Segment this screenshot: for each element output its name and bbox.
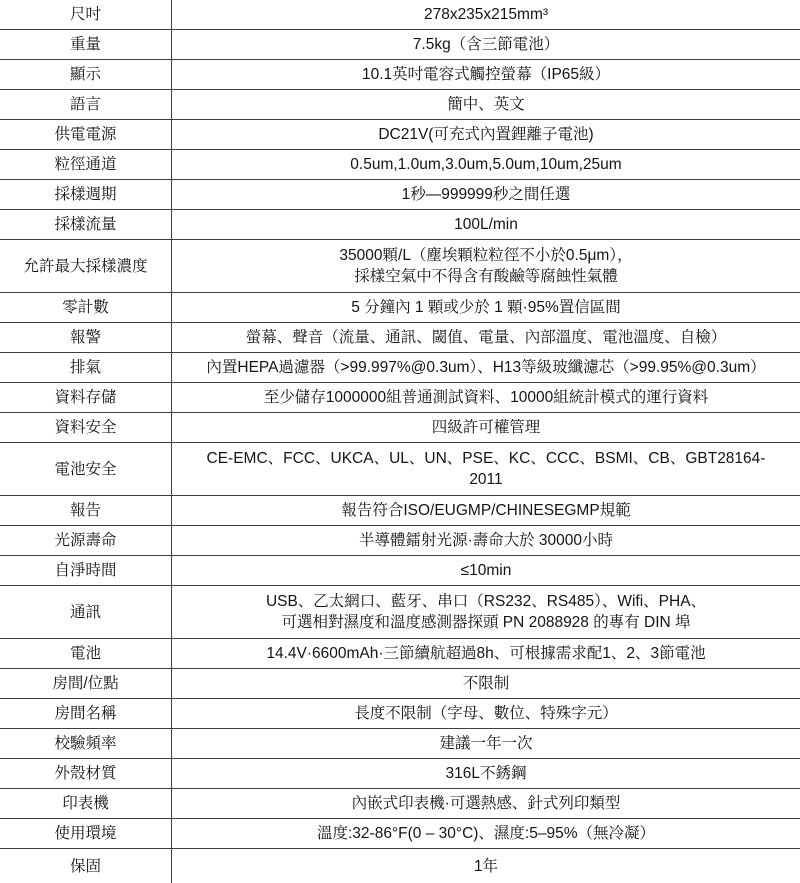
- spec-label: 電池安全: [0, 443, 172, 495]
- table-row: 允許最大採樣濃度35000顆/L（塵埃顆粒粒徑不小於0.5μm）， 採樣空氣中不…: [0, 240, 800, 293]
- spec-value: 不限制: [172, 669, 800, 698]
- spec-value: 半導體鐳射光源·壽命大於 30000小時: [172, 526, 800, 555]
- spec-value: 1年: [172, 849, 800, 883]
- table-row: 資料安全四級許可權管理: [0, 413, 800, 443]
- table-row: 資料存儲至少儲存1000000組普通測試資料、10000組統計模式的運行資料: [0, 383, 800, 413]
- table-row: 零計數5 分鐘內 1 顆或少於 1 顆·95%置信區間: [0, 293, 800, 323]
- spec-value: 278x235x215mm³: [172, 0, 800, 29]
- spec-label: 報警: [0, 323, 172, 352]
- spec-label: 供電電源: [0, 120, 172, 149]
- table-row: 通訊USB、乙太網口、藍牙、串口（RS232、RS485）、Wifi、PHA、 …: [0, 586, 800, 639]
- spec-label: 電池: [0, 639, 172, 668]
- spec-label: 房間名稱: [0, 699, 172, 728]
- spec-value: CE-EMC、FCC、UKCA、UL、UN、PSE、KC、CCC、BSMI、CB…: [172, 443, 800, 495]
- spec-label: 印表機: [0, 789, 172, 818]
- spec-label: 校驗頻率: [0, 729, 172, 758]
- table-row: 報告報告符合ISO/EUGMP/CHINESEGMP規範: [0, 496, 800, 526]
- spec-label: 資料安全: [0, 413, 172, 442]
- table-row: 排氣內置HEPA過濾器（>99.997%@0.3um）、H13等級玻纖濾芯（>9…: [0, 353, 800, 383]
- spec-label: 零計數: [0, 293, 172, 322]
- spec-value: 至少儲存1000000組普通測試資料、10000組統計模式的運行資料: [172, 383, 800, 412]
- table-row: 自淨時間≤10min: [0, 556, 800, 586]
- table-row: 使用環境溫度:32-86°F(0 – 30°C)、濕度:5–95%（無冷凝）: [0, 819, 800, 849]
- spec-label: 房間/位點: [0, 669, 172, 698]
- table-row: 報警螢幕、聲音（流量、通訊、閾值、電量、內部溫度、電池溫度、自檢）: [0, 323, 800, 353]
- spec-label: 粒徑通道: [0, 150, 172, 179]
- spec-value: 10.1英吋電容式觸控螢幕（IP65級）: [172, 60, 800, 89]
- spec-value: 內置HEPA過濾器（>99.997%@0.3um）、H13等級玻纖濾芯（>99.…: [172, 353, 800, 382]
- table-row: 印表機內嵌式印表機·可選熱感、針式列印類型: [0, 789, 800, 819]
- table-row: 語言簡中、英文: [0, 90, 800, 120]
- table-row: 供電電源DC21V(可充式內置鋰離子電池): [0, 120, 800, 150]
- spec-label: 顯示: [0, 60, 172, 89]
- spec-value: USB、乙太網口、藍牙、串口（RS232、RS485）、Wifi、PHA、 可選…: [172, 586, 800, 638]
- table-row: 光源壽命半導體鐳射光源·壽命大於 30000小時: [0, 526, 800, 556]
- spec-value: 建議一年一次: [172, 729, 800, 758]
- spec-label: 採樣流量: [0, 210, 172, 239]
- spec-label: 重量: [0, 30, 172, 59]
- spec-label: 採樣週期: [0, 180, 172, 209]
- spec-value: DC21V(可充式內置鋰離子電池): [172, 120, 800, 149]
- table-row: 尺吋278x235x215mm³: [0, 0, 800, 30]
- spec-value: 7.5kg（含三節電池）: [172, 30, 800, 59]
- spec-value: 14.4V·6600mAh·三節續航超過8h、可根據需求配1、2、3節電池: [172, 639, 800, 668]
- spec-label: 通訊: [0, 586, 172, 638]
- spec-value: 螢幕、聲音（流量、通訊、閾值、電量、內部溫度、電池溫度、自檢）: [172, 323, 800, 352]
- spec-value: 316L不銹鋼: [172, 759, 800, 788]
- table-row: 顯示10.1英吋電容式觸控螢幕（IP65級）: [0, 60, 800, 90]
- spec-label: 允許最大採樣濃度: [0, 240, 172, 292]
- spec-label: 語言: [0, 90, 172, 119]
- table-row: 電池14.4V·6600mAh·三節續航超過8h、可根據需求配1、2、3節電池: [0, 639, 800, 669]
- spec-value: 35000顆/L（塵埃顆粒粒徑不小於0.5μm）， 採樣空氣中不得含有酸鹼等腐蝕…: [172, 240, 800, 292]
- spec-value: 報告符合ISO/EUGMP/CHINESEGMP規範: [172, 496, 800, 525]
- spec-value: 溫度:32-86°F(0 – 30°C)、濕度:5–95%（無冷凝）: [172, 819, 800, 848]
- spec-label: 保固: [0, 849, 172, 883]
- product-spec-table: 尺吋278x235x215mm³重量7.5kg（含三節電池）顯示10.1英吋電容…: [0, 0, 800, 883]
- table-row: 保固1年: [0, 849, 800, 883]
- table-row: 採樣流量100L/min: [0, 210, 800, 240]
- table-row: 校驗頻率建議一年一次: [0, 729, 800, 759]
- spec-label: 自淨時間: [0, 556, 172, 585]
- spec-value: 100L/min: [172, 210, 800, 239]
- spec-value: ≤10min: [172, 556, 800, 585]
- spec-value: 四級許可權管理: [172, 413, 800, 442]
- table-row: 外殼材質316L不銹鋼: [0, 759, 800, 789]
- spec-value: 長度不限制（字母、數位、特殊字元）: [172, 699, 800, 728]
- spec-label: 尺吋: [0, 0, 172, 29]
- spec-value: 簡中、英文: [172, 90, 800, 119]
- spec-label: 排氣: [0, 353, 172, 382]
- table-row: 粒徑通道0.5um,1.0um,3.0um,5.0um,10um,25um: [0, 150, 800, 180]
- table-row: 房間名稱長度不限制（字母、數位、特殊字元）: [0, 699, 800, 729]
- spec-label: 使用環境: [0, 819, 172, 848]
- spec-label: 報告: [0, 496, 172, 525]
- table-row: 重量7.5kg（含三節電池）: [0, 30, 800, 60]
- spec-label: 資料存儲: [0, 383, 172, 412]
- spec-label: 光源壽命: [0, 526, 172, 555]
- table-row: 電池安全CE-EMC、FCC、UKCA、UL、UN、PSE、KC、CCC、BSM…: [0, 443, 800, 496]
- spec-label: 外殼材質: [0, 759, 172, 788]
- spec-value: 5 分鐘內 1 顆或少於 1 顆·95%置信區間: [172, 293, 800, 322]
- table-row: 房間/位點不限制: [0, 669, 800, 699]
- spec-value: 1秒—999999秒之間任選: [172, 180, 800, 209]
- spec-value: 0.5um,1.0um,3.0um,5.0um,10um,25um: [172, 150, 800, 179]
- table-row: 採樣週期1秒—999999秒之間任選: [0, 180, 800, 210]
- spec-value: 內嵌式印表機·可選熱感、針式列印類型: [172, 789, 800, 818]
